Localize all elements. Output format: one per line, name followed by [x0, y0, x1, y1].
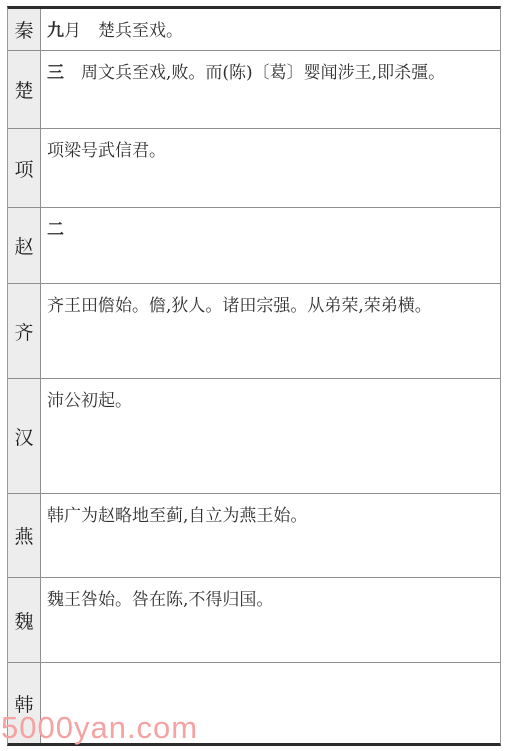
table-row: 燕韩广为赵略地至蓟,自立为燕王始。 — [8, 493, 500, 577]
table-row: 项项梁号武信君。 — [8, 128, 500, 207]
table-row: 汉沛公初起。 — [8, 378, 500, 493]
table-row: 赵二 — [8, 207, 500, 283]
table-row: 韩 — [8, 662, 500, 743]
event-cell: 三 周文兵至戏,败。而(陈)〔葛〕婴闻涉王,即杀彊。 — [41, 51, 500, 128]
state-label: 赵 — [14, 232, 33, 259]
state-label: 燕 — [14, 522, 33, 549]
state-label: 秦 — [14, 16, 33, 43]
table-row: 楚三 周文兵至戏,败。而(陈)〔葛〕婴闻涉王,即杀彊。 — [8, 50, 500, 128]
event-text-segment: 项梁号武信君。 — [47, 141, 166, 161]
state-label-cell: 汉 — [8, 379, 41, 493]
event-text-segment: 三 — [47, 63, 64, 83]
event-text-segment: 九 — [47, 21, 64, 41]
event-cell: 齐王田儋始。儋,狄人。诸田宗强。从弟荣,荣弟横。 — [41, 284, 500, 378]
event-text-segment: 齐王田儋始。儋,狄人。诸田宗强。从弟荣,荣弟横。 — [47, 296, 432, 316]
event-cell: 九月 楚兵至戏。 — [41, 9, 500, 50]
page: 秦九月 楚兵至戏。楚三 周文兵至戏,败。而(陈)〔葛〕婴闻涉王,即杀彊。项项梁号… — [0, 0, 506, 751]
event-cell: 沛公初起。 — [41, 379, 500, 493]
event-cell — [41, 663, 500, 743]
state-label: 齐 — [14, 318, 33, 345]
state-label-cell: 韩 — [8, 663, 41, 743]
state-label-cell: 齐 — [8, 284, 41, 378]
state-label: 项 — [14, 155, 33, 182]
state-label: 汉 — [14, 423, 33, 450]
table-row: 齐齐王田儋始。儋,狄人。诸田宗强。从弟荣,荣弟横。 — [8, 283, 500, 378]
event-text-segment: 韩广为赵略地至蓟,自立为燕王始。 — [47, 506, 307, 526]
state-label-cell: 项 — [8, 129, 41, 207]
state-label: 韩 — [14, 690, 33, 717]
event-text-segment: 月 楚兵至戏。 — [64, 21, 183, 41]
event-cell: 项梁号武信君。 — [41, 129, 500, 207]
event-cell: 韩广为赵略地至蓟,自立为燕王始。 — [41, 494, 500, 577]
event-text-segment: 二 — [47, 220, 64, 240]
state-label-cell: 秦 — [8, 9, 41, 50]
event-cell: 魏王咎始。咎在陈,不得归国。 — [41, 578, 500, 662]
event-text-segment: 周文兵至戏,败。而(陈)〔葛〕婴闻涉王,即杀彊。 — [64, 63, 445, 83]
event-cell: 二 — [41, 208, 500, 283]
state-label: 楚 — [14, 76, 33, 103]
event-text-segment: 沛公初起。 — [47, 391, 132, 411]
state-label-cell: 魏 — [8, 578, 41, 662]
table-row: 秦九月 楚兵至戏。 — [8, 9, 500, 50]
state-label-cell: 赵 — [8, 208, 41, 283]
state-label-cell: 燕 — [8, 494, 41, 577]
chronology-table: 秦九月 楚兵至戏。楚三 周文兵至戏,败。而(陈)〔葛〕婴闻涉王,即杀彊。项项梁号… — [7, 6, 501, 746]
event-text-segment: 魏王咎始。咎在陈,不得归国。 — [47, 590, 273, 610]
state-label-cell: 楚 — [8, 51, 41, 128]
state-label: 魏 — [14, 607, 33, 634]
table-row: 魏魏王咎始。咎在陈,不得归国。 — [8, 577, 500, 662]
